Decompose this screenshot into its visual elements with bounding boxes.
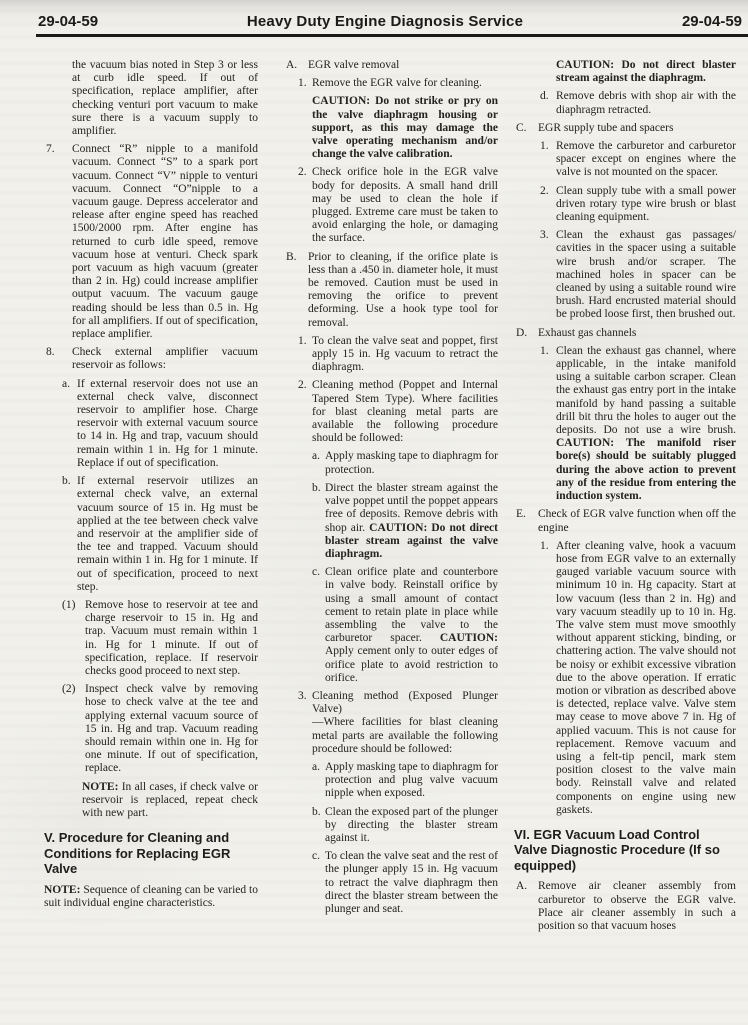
section-heading: VI. EGR Vacuum Load Control Valve Diagno… bbox=[514, 827, 736, 874]
list-item: a. If external reservoir does not use an… bbox=[62, 378, 258, 470]
list-item: A. Remove air cleaner assembly from carb… bbox=[516, 880, 736, 933]
caution-note: CAUTION: Do not direct blaster stream ag… bbox=[556, 59, 736, 85]
list-item: 1. Remove the carburetor and carburetor … bbox=[540, 140, 736, 180]
list-item: (2) Inspect check valve by removing hose… bbox=[62, 683, 258, 775]
list-item: B. Prior to cleaning, if the orifice pla… bbox=[286, 251, 498, 330]
list-item: 1. To clean the valve seat and poppet, f… bbox=[298, 335, 498, 375]
list-item: 1. After cleaning valve, hook a vacuum h… bbox=[540, 540, 736, 817]
list-item: 1. Clean the exhaust gas channel, where … bbox=[540, 345, 736, 503]
column-2: A. EGR valve removal 1. Remove the EGR v… bbox=[286, 59, 498, 916]
list-item: d. Remove debris with shop air with the … bbox=[540, 90, 736, 116]
list-item: 2. Check orifice hole in the EGR valve b… bbox=[298, 166, 498, 245]
list-item: a. Apply masking tape to diaphragm for p… bbox=[312, 450, 498, 476]
page-number-left: 29-04-59 bbox=[38, 13, 158, 30]
list-item: b. Direct the blaster stream against the… bbox=[312, 482, 498, 561]
list-item: D. Exhaust gas channels bbox=[516, 327, 736, 340]
list-item: A. EGR valve removal bbox=[286, 59, 498, 72]
list-item: E. Check of EGR valve function when off … bbox=[516, 508, 736, 534]
list-item: 3. Clean the exhaust gas passages/ cavit… bbox=[540, 229, 736, 321]
column-1: the vacuum bias noted in Step 3 or less … bbox=[40, 59, 258, 910]
caution-note: CAUTION: Do not strike or pry on the val… bbox=[312, 95, 498, 161]
list-item: a. Apply masking tape to diaphragm for p… bbox=[312, 761, 498, 801]
list-item: 1. Remove the EGR valve for cleaning. bbox=[298, 77, 498, 90]
page-number-right: 29-04-59 bbox=[612, 13, 742, 30]
list-item: 7. Connect “R” nipple to a manifold vacu… bbox=[46, 143, 258, 341]
list-item: b. Clean the exposed part of the plunger… bbox=[312, 806, 498, 846]
section-heading: V. Procedure for Cleaning and Conditions… bbox=[44, 830, 258, 877]
list-item: (1) Remove hose to reservoir at tee and … bbox=[62, 599, 258, 678]
page-body: the vacuum bias noted in Step 3 or less … bbox=[0, 37, 748, 933]
list-item: 2. Clean supply tube with a small power … bbox=[540, 185, 736, 225]
list-item: c. To clean the valve seat and the rest … bbox=[312, 850, 498, 916]
manual-page: 29-04-59 Heavy Duty Engine Diagnosis Ser… bbox=[0, 0, 748, 1025]
paragraph: —Where facilities for blast cleaning met… bbox=[312, 716, 498, 756]
column-3: CAUTION: Do not direct blaster stream ag… bbox=[514, 59, 736, 933]
page-header: 29-04-59 Heavy Duty Engine Diagnosis Ser… bbox=[0, 0, 748, 30]
paragraph: the vacuum bias noted in Step 3 or less … bbox=[72, 59, 258, 138]
note: NOTE: Sequence of cleaning can be varied… bbox=[44, 884, 258, 910]
list-item: 3. Cleaning method (Exposed Plunger Valv… bbox=[298, 690, 498, 716]
note: NOTE: In all cases, if check valve or re… bbox=[82, 781, 258, 821]
list-item: C. EGR supply tube and spacers bbox=[516, 122, 736, 135]
list-item: 2. Cleaning method (Poppet and Internal … bbox=[298, 379, 498, 445]
list-item: 8. Check external amplifier vacuum reser… bbox=[46, 346, 258, 372]
list-item: b. If external reservoir utilizes an ext… bbox=[62, 475, 258, 594]
list-item: c. Clean orifice plate and counterbore i… bbox=[312, 566, 498, 685]
page-title: Heavy Duty Engine Diagnosis Service bbox=[158, 13, 612, 30]
